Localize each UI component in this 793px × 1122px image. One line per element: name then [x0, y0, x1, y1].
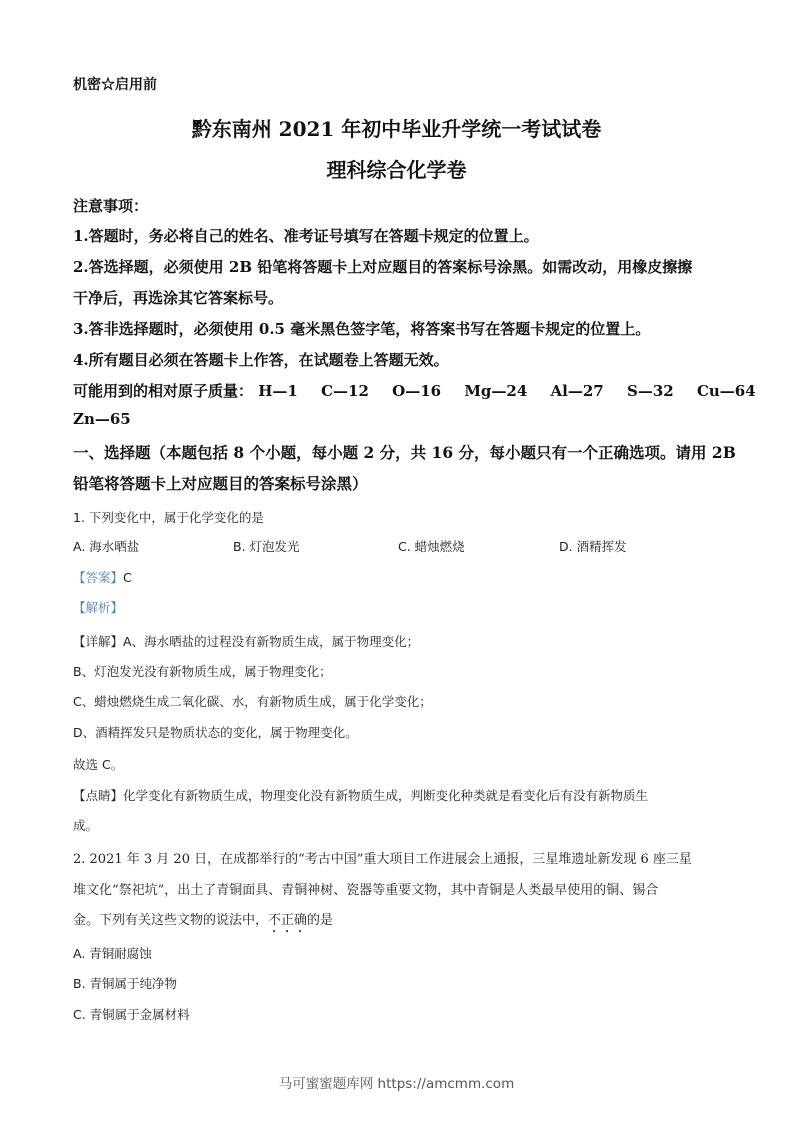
detail-tag: 【详解】 — [73, 634, 123, 649]
q1-detail-a: 【详解】A、海水晒盐的过程没有新物质生成，属于物理变化； — [73, 632, 419, 650]
atomic-mass-label: 可能用到的相对原子质量： — [73, 382, 253, 400]
q1-tip: 【点睛】化学变化有新物质生成，物理变化没有新物质生成，判断变化种类就是看变化后有… — [73, 786, 648, 804]
answer-value: C — [123, 570, 132, 585]
atomic-mass-mg: Mg—24 — [464, 382, 527, 400]
detail-text-a: A、海水晒盐的过程没有新物质生成，属于物理变化； — [123, 634, 419, 649]
note-item-3: 3.答非选择题时，必须使用 0.5 毫米黑色签字笔，将答案书写在答题卡规定的位置… — [73, 318, 650, 339]
exam-title: 黔东南州 2021 年初中毕业升学统一考试试卷 — [0, 113, 793, 142]
q1-option-b: B. 灯泡发光 — [233, 537, 300, 555]
q1-tip-cont: 成。 — [73, 816, 98, 834]
note-item-1: 1.答题时，务必将自己的姓名、准考证号填写在答题卡规定的位置上。 — [73, 225, 539, 246]
exam-subtitle: 理科综合化学卷 — [0, 154, 793, 183]
note-item-4: 4.所有题目必须在答题卡上作答，在试题卷上答题无效。 — [73, 349, 449, 370]
q1-answer: 【答案】C — [73, 568, 132, 586]
atomic-mass-line: 可能用到的相对原子质量： H—1 C—12 O—16 Mg—24 Al—27 S… — [73, 380, 774, 401]
q1-conclusion: 故选 C。 — [73, 755, 123, 773]
q1-detail-b: B、灯泡发光没有新物质生成，属于物理变化； — [73, 662, 332, 680]
q1-analysis: 【解析】 — [73, 598, 123, 616]
q2-option-c: C. 青铜属于金属材料 — [73, 1005, 190, 1023]
q2-option-b: B. 青铜属于纯净物 — [73, 974, 177, 992]
atomic-mass-cu: Cu—64 — [697, 382, 756, 400]
answer-tag: 【答案】 — [73, 570, 123, 585]
footer-watermark: 马可蜜蜜题库网 https://amcmm.com — [0, 1072, 793, 1092]
atomic-mass-o: O—16 — [392, 382, 441, 400]
question-2-stem-2: 堆文化“祭祀坑”，出土了青铜面具、青铜神树、瓷器等重要文物，其中青铜是人类最早使… — [73, 879, 658, 898]
q1-option-d: D. 酒精挥发 — [559, 537, 627, 555]
note-item-2: 2.答选择题，必须使用 2B 铅笔将答题卡上对应题目的答案标号涂黑。如需改动，用… — [73, 256, 692, 277]
stem-text: 金。下列有关这些文物的说法中， — [73, 913, 268, 928]
section-heading: 一、选择题（本题包括 8 个小题，每小题 2 分，共 16 分，每小题只有一个正… — [73, 441, 736, 463]
stem-text-end: 的是 — [307, 913, 333, 928]
question-1-stem: 1. 下列变化中，属于化学变化的是 — [73, 508, 264, 526]
q1-detail-c: C、蜡烛燃烧生成二氧化碳、水，有新物质生成，属于化学变化； — [73, 692, 432, 710]
atomic-mass-c: C—12 — [321, 382, 369, 400]
tip-tag: 【点睛】 — [73, 788, 123, 803]
q1-option-c: C. 蜡烛燃烧 — [398, 537, 465, 555]
exam-page: 机密☆启用前 黔东南州 2021 年初中毕业升学统一考试试卷 理科综合化学卷 注… — [0, 0, 793, 1122]
q1-detail-d: D、酒精挥发只是物质状态的变化，属于物理变化。 — [73, 723, 358, 741]
confidential-label: 机密☆启用前 — [73, 74, 157, 94]
note-item-2-cont: 干净后，再选涂其它答案标号。 — [73, 287, 283, 308]
question-2-stem-3: 金。下列有关这些文物的说法中，不正确的是 — [73, 909, 333, 936]
tip-text: 化学变化有新物质生成，物理变化没有新物质生成，判断变化种类就是看变化后有没有新物… — [123, 788, 648, 803]
atomic-mass-h: H—1 — [258, 382, 298, 400]
analysis-tag: 【解析】 — [73, 600, 123, 615]
section-heading-cont: 铅笔将答题卡上对应题目的答案标号涂黑） — [73, 472, 368, 494]
atomic-mass-s: S—32 — [627, 382, 674, 400]
q2-option-a: A. 青铜耐腐蚀 — [73, 944, 152, 962]
emphasis-text: 不正确 — [268, 913, 307, 928]
notes-heading: 注意事项： — [73, 195, 148, 216]
q1-option-a: A. 海水晒盐 — [73, 537, 139, 555]
atomic-mass-al: Al—27 — [551, 382, 604, 400]
atomic-mass-zn: Zn—65 — [73, 410, 131, 428]
question-2-stem-1: 2. 2021 年 3 月 20 日，在成都举行的“考古中国”重大项目工作进展会… — [73, 848, 692, 867]
